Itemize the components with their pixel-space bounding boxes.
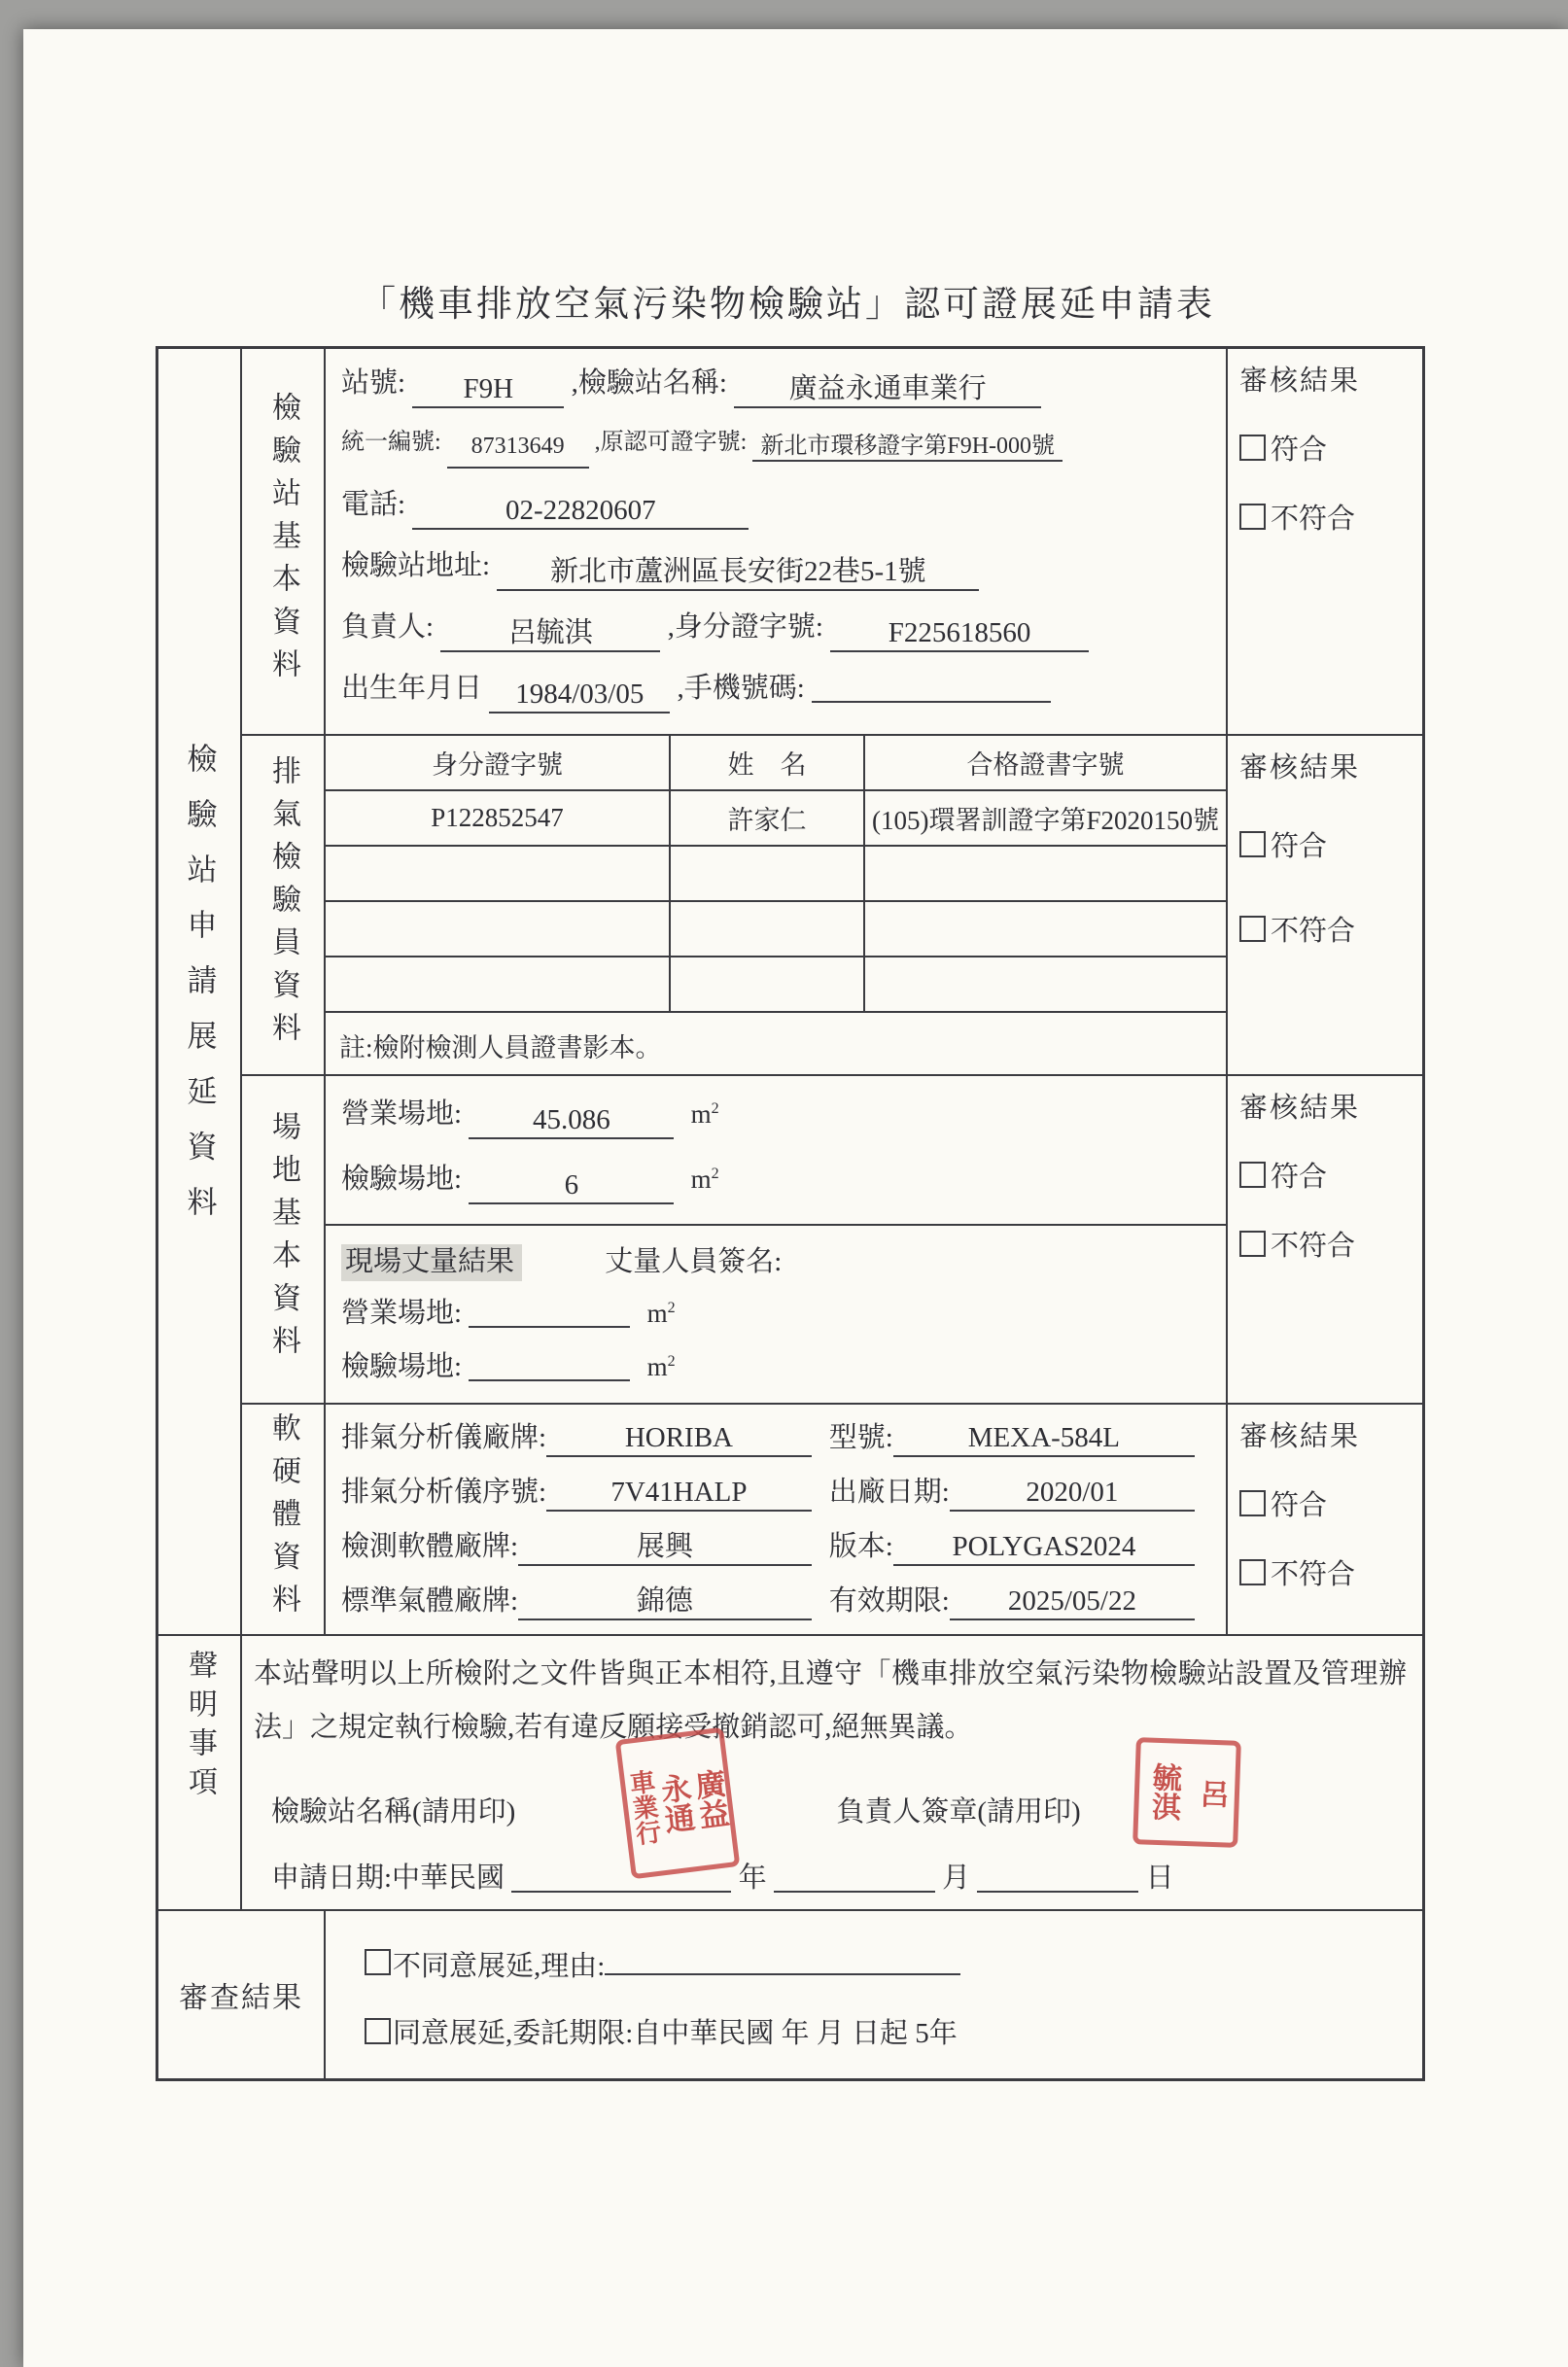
seal-row: 檢驗站名稱(請用印) 負責人簽章(請用印): [242, 1762, 1422, 1856]
result-disagree-line: 不同意展延,理由:: [326, 1911, 1422, 1984]
business-area-line: 營業場地: 45.086 m2: [326, 1076, 1226, 1141]
section-result-label: 審查結果: [158, 1911, 326, 2078]
review-pass-label: 符合: [1271, 1483, 1327, 1523]
inspector-row: [326, 901, 1226, 957]
equipment-row: 排氣分析儀廠牌:HORIBA 型號:MEXA-584L: [326, 1405, 1226, 1459]
address-label: 檢驗站地址:: [341, 550, 490, 581]
version-label: 版本:: [829, 1524, 893, 1564]
analyzer-brand-value: HORIBA: [546, 1422, 812, 1457]
orig-cert-label: ,原認可證字號:: [595, 430, 748, 455]
mobile-value: [812, 668, 1051, 703]
owner-seal-stamp: 呂 毓淇: [1132, 1737, 1241, 1848]
spine-label: 檢驗站申請展延資料: [158, 349, 242, 1636]
review-pass-label: 符合: [1271, 1155, 1327, 1195]
section-declaration-label: 聲明事項: [158, 1636, 242, 1911]
analyzer-serial-value: 7V41HALP: [546, 1477, 812, 1512]
review-fail-label: 不符合: [1271, 1552, 1355, 1592]
review-inspectors: 審核結果 符合 不符合: [1228, 736, 1422, 1076]
business-area-label: 營業場地:: [341, 1098, 462, 1130]
checkbox-fail: [1239, 916, 1266, 942]
orig-cert-value: 新北市環移證字第F9H-000號: [752, 426, 1063, 462]
section-basic-content: 站號: F9H ,檢驗站名稱: 廣益永通車業行 統一編號: 87313649 ,…: [326, 349, 1228, 736]
checkbox-pass: [1239, 1490, 1266, 1516]
address-line: 檢驗站地址: 新北市蘆洲區長安街22巷5-1號: [326, 532, 1226, 593]
uniform-no-label: 統一編號:: [341, 430, 441, 455]
result-agree-line: 同意展延,委託期限:自中華民國 年 月 日起 5年: [326, 1984, 1422, 2078]
checkbox-pass: [1239, 1162, 1266, 1188]
analyzer-serial-label: 排氣分析儀序號:: [341, 1470, 546, 1510]
inspect-area-label: 檢驗場地:: [341, 1164, 462, 1195]
expiry-value: 2025/05/22: [950, 1585, 1195, 1620]
date-month-value: [774, 1858, 935, 1893]
inspector-row: [326, 957, 1226, 1012]
birth-line: 出生年月日 1984/03/05 ,手機號碼:: [326, 654, 1226, 715]
inspector-id: P122852547: [326, 790, 670, 846]
inspector-name: 許家仁: [670, 790, 864, 846]
model-label: 型號:: [829, 1415, 893, 1455]
gas-brand-value: 錦德: [518, 1579, 812, 1620]
section-site-content: 營業場地: 45.086 m2 檢驗場地: 6 m2 現場丈量結果 丈量人員簽名…: [326, 1076, 1228, 1405]
date-prefix: 申請日期:中華民國: [271, 1862, 505, 1894]
stamp-col: 呂: [1196, 1778, 1226, 1808]
owner-value: 呂毓淇: [440, 610, 660, 652]
checkbox-fail: [1239, 504, 1266, 530]
birth-value: 1984/03/05: [489, 679, 670, 714]
result-reason-value: [605, 1940, 960, 1975]
measure-sign-label: 丈量人員簽名:: [605, 1246, 782, 1277]
checkbox-disagree: [365, 1949, 391, 1975]
station-seal-label: 檢驗站名稱(請用印): [271, 1790, 515, 1829]
measure-business-line: 營業場地: m2: [326, 1279, 1226, 1333]
equipment-row: 排氣分析儀序號:7V41HALP 出廠日期:2020/01: [326, 1459, 1226, 1514]
inspector-name: [670, 901, 864, 957]
inspector-row: [326, 846, 1226, 901]
review-fail-label: 不符合: [1271, 909, 1355, 949]
section-result-content: 不同意展延,理由: 同意展延,委託期限:自中華民國 年 月 日起 5年: [326, 1911, 1422, 2078]
checkbox-pass: [1239, 435, 1266, 461]
station-no-value: F9H: [412, 373, 564, 408]
inspector-note: 註:檢附檢測人員證書影本。: [326, 1013, 1226, 1074]
owner-line: 負責人: 呂毓淇 ,身分證字號: F225618560: [326, 593, 1226, 654]
checkbox-pass: [1239, 831, 1266, 857]
checkbox-fail: [1239, 1559, 1266, 1585]
analyzer-brand-label: 排氣分析儀廠牌:: [341, 1415, 546, 1455]
measure-head-line: 現場丈量結果 丈量人員簽名:: [326, 1226, 1226, 1279]
review-equipment: 審核結果 符合 不符合: [1228, 1405, 1422, 1636]
inspector-row: P122852547 許家仁 (105)環署訓證字第F2020150號: [326, 790, 1226, 846]
measure-inspect-line: 檢驗場地: m2: [326, 1333, 1226, 1386]
inspector-name: [670, 846, 864, 901]
station-seal-stamp: 廣益 永通 車業行: [615, 1727, 741, 1880]
declaration-text: 本站聲明以上所檢附之文件皆與正本相符,且遵守「機車排放空氣污染物檢驗站設置及管理…: [242, 1636, 1422, 1755]
date-day-value: [977, 1858, 1138, 1893]
section-equipment-content: 排氣分析儀廠牌:HORIBA 型號:MEXA-584L 排氣分析儀序號:7V41…: [326, 1405, 1228, 1636]
expiry-label: 有效期限:: [829, 1579, 950, 1619]
phone-value: 02-22820607: [412, 495, 749, 530]
application-date-line: 申請日期:中華民國 年 月 日: [242, 1856, 1422, 1909]
inspect-area-line: 檢驗場地: 6 m2: [326, 1141, 1226, 1206]
review-header: 審核結果: [1239, 1086, 1414, 1126]
review-header: 審核結果: [1239, 1414, 1414, 1454]
site-registered-block: 營業場地: 45.086 m2 檢驗場地: 6 m2: [326, 1076, 1226, 1224]
measure-title: 現場丈量結果: [341, 1244, 522, 1281]
inspector-header-row: 身分證字號 姓 名 合格證書字號: [326, 736, 1226, 790]
version-value: POLYGAS2024: [893, 1531, 1195, 1566]
inspector-table: 身分證字號 姓 名 合格證書字號 P122852547 許家仁 (105)環署訓…: [326, 736, 1226, 1013]
factory-date-value: 2020/01: [950, 1477, 1195, 1512]
birth-label: 出生年月日: [341, 673, 482, 704]
review-header: 審核結果: [1239, 359, 1414, 399]
date-year-label: 年: [739, 1862, 767, 1894]
section-equipment-label: 軟硬體資料: [242, 1405, 326, 1636]
scanned-page: 「機車排放空氣污染物檢驗站」認可證展延申請表 檢驗站申請展延資料 檢驗站基本資料…: [23, 29, 1568, 2367]
site-measure-block: 現場丈量結果 丈量人員簽名: 營業場地: m2 檢驗場地: m2: [326, 1224, 1226, 1403]
date-day-label: 日: [1146, 1862, 1174, 1894]
uniform-no-value: 87313649: [447, 434, 589, 469]
station-name-label: ,檢驗站名稱:: [572, 367, 727, 399]
mobile-label: ,手機號碼:: [678, 673, 805, 704]
inspector-cert: [864, 846, 1226, 901]
application-form: 檢驗站申請展延資料 檢驗站基本資料 站號: F9H ,檢驗站名稱: 廣益永通車業…: [156, 346, 1425, 2081]
review-fail-option: 不符合: [1239, 497, 1414, 537]
sqm-unit: m2: [691, 1165, 719, 1194]
review-pass-label: 符合: [1271, 824, 1327, 864]
address-value: 新北市蘆洲區長安街22巷5-1號: [497, 549, 979, 591]
review-header: 審核結果: [1239, 746, 1414, 785]
owner-label: 負責人:: [341, 611, 434, 643]
form-title: 「機車排放空氣污染物檢驗站」認可證展延申請表: [156, 274, 1419, 327]
stamp-col: 永通: [656, 1772, 693, 1835]
sqm-unit: m2: [647, 1352, 676, 1381]
review-fail-option: 不符合: [1239, 909, 1414, 949]
checkbox-fail: [1239, 1231, 1266, 1257]
section-site-label: 場地基本資料: [242, 1076, 326, 1405]
col-header-name: 姓 名: [670, 736, 864, 790]
phone-line: 電話: 02-22820607: [326, 470, 1226, 532]
review-fail-option: 不符合: [1239, 1552, 1414, 1592]
review-pass-option: 符合: [1239, 1155, 1414, 1195]
owner-id-label: ,身分證字號:: [668, 611, 823, 643]
owner-seal-label: 負責人簽章(請用印): [836, 1790, 1080, 1829]
station-no-label: 站號:: [341, 367, 405, 399]
section-inspectors-label: 排氣檢驗員資料: [242, 736, 326, 1076]
station-no-line: 站號: F9H ,檢驗站名稱: 廣益永通車業行: [326, 349, 1226, 410]
result-agree-label: 同意展延,委託期限:自中華民國 年 月 日起 5年: [393, 2011, 958, 2051]
stamp-col: 毓淇: [1147, 1762, 1178, 1822]
sqm-unit: m2: [691, 1099, 719, 1129]
inspector-cert: (105)環署訓證字第F2020150號: [864, 790, 1226, 846]
section-basic-label: 檢驗站基本資料: [242, 349, 326, 736]
phone-label: 電話:: [341, 489, 405, 520]
sqm-unit: m2: [647, 1299, 676, 1328]
section-inspectors-content: 身分證字號 姓 名 合格證書字號 P122852547 許家仁 (105)環署訓…: [326, 736, 1228, 1076]
review-pass-option: 符合: [1239, 1483, 1414, 1523]
section-declaration-content: 本站聲明以上所檢附之文件皆與正本相符,且遵守「機車排放空氣污染物檢驗站設置及管理…: [242, 1636, 1422, 1911]
date-month-label: 月: [942, 1862, 970, 1894]
review-pass-option: 符合: [1239, 824, 1414, 864]
inspector-id: [326, 846, 670, 901]
review-pass-option: 符合: [1239, 428, 1414, 468]
col-header-cert: 合格證書字號: [864, 736, 1226, 790]
equipment-row: 檢測軟體廠牌:展興 版本:POLYGAS2024: [326, 1514, 1226, 1568]
review-fail-label: 不符合: [1271, 497, 1355, 537]
software-brand-label: 檢測軟體廠牌:: [341, 1524, 518, 1564]
equipment-row: 標準氣體廠牌:錦德 有效期限:2025/05/22: [326, 1568, 1226, 1622]
measure-inspect-label: 檢驗場地:: [341, 1351, 462, 1382]
measure-business-label: 營業場地:: [341, 1298, 462, 1329]
inspector-cert: [864, 901, 1226, 957]
inspector-cert: [864, 957, 1226, 1012]
measure-business-value: [469, 1293, 630, 1328]
inspect-area-value: 6: [469, 1169, 674, 1204]
review-pass-label: 符合: [1271, 428, 1327, 468]
review-basic: 審核結果 符合 不符合: [1228, 349, 1422, 736]
inspector-id: [326, 901, 670, 957]
uniform-no-line: 統一編號: 87313649 ,原認可證字號: 新北市環移證字第F9H-000號: [326, 410, 1226, 470]
review-site: 審核結果 符合 不符合: [1228, 1076, 1422, 1405]
review-fail-label: 不符合: [1271, 1224, 1355, 1264]
station-name-value: 廣益永通車業行: [734, 366, 1041, 408]
owner-id-value: F225618560: [830, 617, 1089, 652]
review-fail-option: 不符合: [1239, 1224, 1414, 1264]
col-header-id: 身分證字號: [326, 736, 670, 790]
business-area-value: 45.086: [469, 1104, 674, 1139]
stamp-col: 廣益: [691, 1767, 728, 1830]
software-brand-value: 展興: [518, 1524, 812, 1566]
factory-date-label: 出廠日期:: [829, 1470, 950, 1510]
checkbox-agree: [365, 2018, 391, 2044]
result-disagree-label: 不同意展延,理由:: [393, 1944, 605, 1984]
measure-inspect-value: [469, 1346, 630, 1381]
gas-brand-label: 標準氣體廠牌:: [341, 1579, 518, 1619]
inspector-id: [326, 957, 670, 1012]
model-value: MEXA-584L: [893, 1422, 1195, 1457]
inspector-name: [670, 957, 864, 1012]
